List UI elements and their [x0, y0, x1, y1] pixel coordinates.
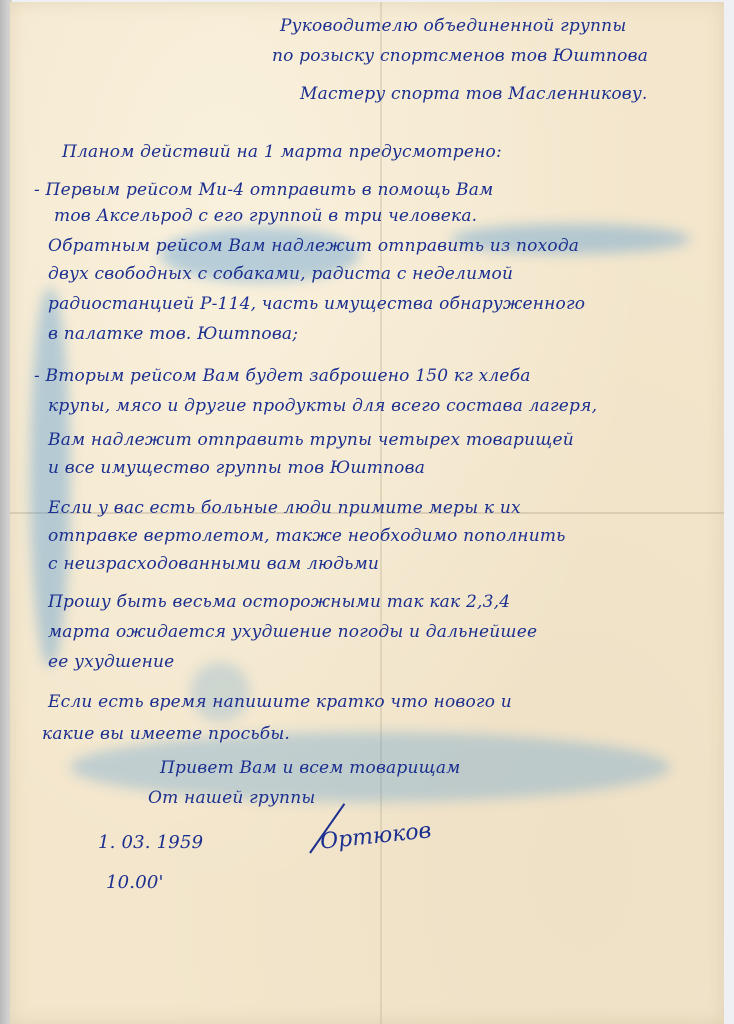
addressee-line-1: Руководителю объединенной группы	[280, 16, 626, 36]
addressee-line-3: Мастеру спорта тов Масленникову.	[300, 84, 648, 104]
body-line: крупы, мясо и другие продукты для всего …	[48, 396, 597, 416]
body-line: радиостанцией Р-114, часть имущества обн…	[48, 294, 585, 314]
body-line: - Первым рейсом Ми-4 отправить в помощь …	[34, 180, 493, 200]
date: 1. 03. 1959	[98, 832, 203, 853]
signature: Ортюков	[319, 818, 433, 855]
closing-line: Привет Вам и всем товарищам	[160, 758, 460, 778]
body-line: отправке вертолетом, также необходимо по…	[48, 526, 566, 546]
body-line: - Вторым рейсом Вам будет заброшено 150 …	[34, 366, 531, 386]
body-line: в палатке тов. Юштпова;	[48, 324, 298, 344]
closing-line: От нашей группы	[148, 788, 315, 808]
body-line: двух свободных с собаками, радиста с нед…	[48, 264, 513, 284]
time: 10.00'	[106, 872, 164, 893]
body-line: ее ухудшение	[48, 652, 174, 672]
body-line: тов Аксельрод с его группой в три челове…	[54, 206, 477, 226]
body-line: Обратным рейсом Вам надлежит отправить и…	[48, 236, 579, 256]
body-line: какие вы имеете просьбы.	[42, 724, 290, 744]
body-line: Прошу быть весьма осторожными так как 2,…	[48, 592, 510, 612]
body-line: Если у вас есть больные люди примите мер…	[48, 498, 521, 518]
body-line: и все имущество группы тов Юштпова	[48, 458, 425, 478]
body-line: Если есть время напишите кратко что ново…	[48, 692, 512, 712]
addressee-line-2: по розыску спортсменов тов Юштпова	[272, 46, 648, 66]
body-line: с неизрасходованными вам людьми	[48, 554, 379, 574]
letter-page: Руководителю объединенной группы по розы…	[10, 2, 724, 1024]
body-line: Вам надлежит отправить трупы четырех тов…	[48, 430, 574, 450]
body-line: марта ожидается ухудшение погоды и дальн…	[48, 622, 537, 642]
intro-line: Планом действий на 1 марта предусмотрено…	[62, 142, 502, 162]
